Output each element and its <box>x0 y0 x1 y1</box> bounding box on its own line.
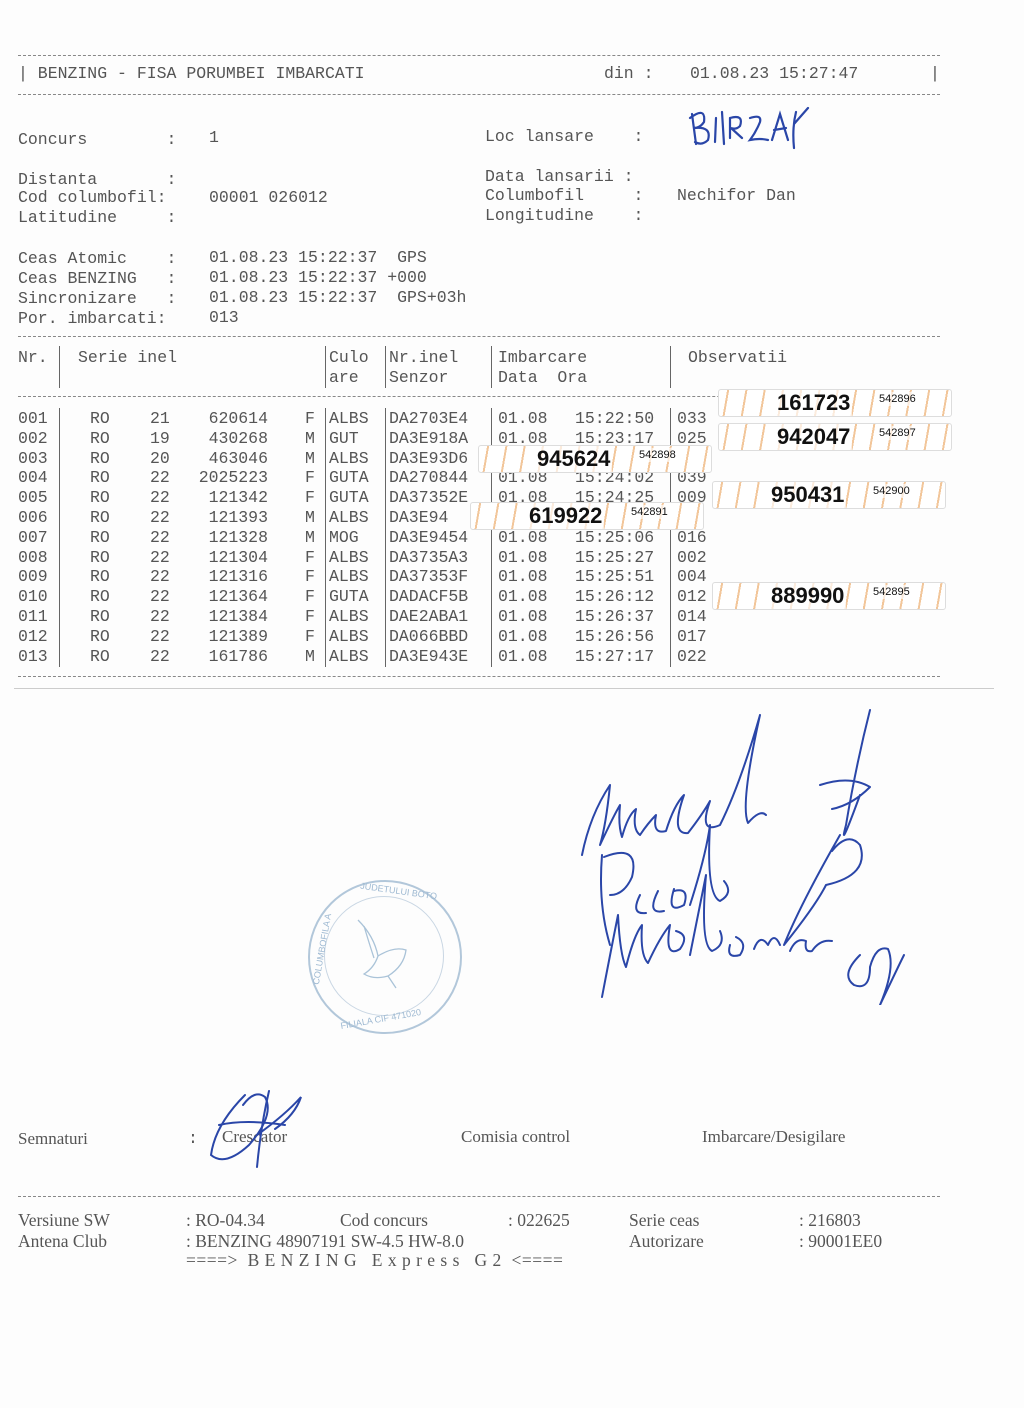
cell-color: ALBS <box>329 647 369 667</box>
cell-color: GUT <box>329 429 359 449</box>
cod-columbofil-value: 00001 026012 <box>209 188 328 208</box>
cell-year: 21 <box>150 409 170 429</box>
col-header-nr: Nr. <box>18 348 48 368</box>
por-imbarcati-label: Por. imbarcati: <box>18 309 167 329</box>
col-separator <box>385 606 386 627</box>
cell-date: 01.08 <box>498 548 548 568</box>
cell-sex: F <box>305 587 315 607</box>
col-separator <box>385 408 386 429</box>
table-row: 013RO22161786MALBSDA3E943E01.0815:27:170… <box>0 647 1000 667</box>
cell-country: RO <box>90 488 110 508</box>
seal-number: 889990 <box>769 583 846 609</box>
cell-time: 15:26:12 <box>575 587 654 607</box>
cell-country: RO <box>90 607 110 627</box>
col-header-imbarcare-1: Imbarcare <box>498 348 587 368</box>
table-row: 012RO22121389FALBSDA066BBD01.0815:26:560… <box>0 627 1000 647</box>
club-stamp: JUDETULUI BOTO COLUMBOFILA A FILIALA CIF… <box>308 880 462 1034</box>
data-lansarii-label: Data lansarii : <box>485 167 634 187</box>
col-separator <box>670 646 671 667</box>
cell-ring: 161786 <box>209 647 268 667</box>
cell-date: 01.08 <box>498 587 548 607</box>
col-separator <box>385 547 386 568</box>
header-top-divider <box>18 55 940 56</box>
header-col-sep <box>491 346 492 388</box>
cell-observatii: 014 <box>677 607 707 627</box>
cell-time: 15:26:56 <box>575 627 654 647</box>
cell-sensor: DA37353F <box>389 567 468 587</box>
cell-sex: F <box>305 627 315 647</box>
col-separator <box>385 566 386 587</box>
cell-ring: 121304 <box>209 548 268 568</box>
col-separator <box>670 606 671 627</box>
sincronizare-value: 01.08.23 15:22:37 GPS+03h <box>209 288 466 308</box>
cell-nr: 008 <box>18 548 48 568</box>
cell-ring: 121389 <box>209 627 268 647</box>
versiune-sw-value: : RO-04.34 <box>186 1210 265 1230</box>
cell-country: RO <box>90 508 110 528</box>
cell-year: 22 <box>150 528 170 548</box>
cell-observatii: 033 <box>677 409 707 429</box>
cell-sex: F <box>305 548 315 568</box>
table-bottom-divider <box>18 676 940 677</box>
cell-sensor: DA2703E4 <box>389 409 468 429</box>
antena-club-label: Antena Club <box>18 1231 107 1251</box>
cell-sensor: DA270844 <box>389 468 468 488</box>
cell-color: MOG <box>329 528 359 548</box>
seal-serial: 542897 <box>879 426 916 440</box>
seal-number: 619922 <box>527 503 604 529</box>
col-header-observatii: Observatii <box>688 348 787 368</box>
col-separator <box>670 586 671 607</box>
cell-sensor: DADACF5B <box>389 587 468 607</box>
cell-color: ALBS <box>329 567 369 587</box>
cell-year: 22 <box>150 647 170 667</box>
cell-sex: M <box>305 508 315 528</box>
cell-year: 20 <box>150 449 170 469</box>
cell-observatii: 002 <box>677 548 707 568</box>
cell-color: GUTA <box>329 488 369 508</box>
cell-color: ALBS <box>329 508 369 528</box>
col-separator <box>670 626 671 647</box>
col-header-nr-inel-1: Nr.inel <box>389 348 458 368</box>
cell-observatii: 022 <box>677 647 707 667</box>
col-separator <box>325 646 326 667</box>
table-row: 007RO22121328MMOGDA3E945401.0815:25:0601… <box>0 528 1000 548</box>
cell-color: ALBS <box>329 627 369 647</box>
serie-ceas-value: : 216803 <box>799 1210 861 1230</box>
table-top-divider <box>18 336 940 337</box>
col-separator <box>325 428 326 449</box>
seal-number: 161723 <box>775 390 852 416</box>
cell-nr: 007 <box>18 528 48 548</box>
loc-lansare-label: Loc lansare : <box>485 127 643 147</box>
table-row: 008RO22121304FALBSDA3735A301.0815:25:270… <box>0 548 1000 568</box>
print-date-label: din : <box>604 64 654 84</box>
cell-ring: 121328 <box>209 528 268 548</box>
cell-sex: M <box>305 449 315 469</box>
cell-ring: 121384 <box>209 607 268 627</box>
cell-year: 22 <box>150 627 170 647</box>
semnaturi-label: Semnaturi <box>18 1129 88 1149</box>
cell-time: 15:25:51 <box>575 567 654 587</box>
imbarcare-desigilare-label: Imbarcare/Desigilare <box>702 1127 845 1147</box>
cell-nr: 001 <box>18 409 48 429</box>
cell-nr: 013 <box>18 647 48 667</box>
cell-year: 22 <box>150 548 170 568</box>
ceas-atomic-label: Ceas Atomic : <box>18 249 176 269</box>
cell-sensor: DAE2ABA1 <box>389 607 468 627</box>
col-header-culoare-2: are <box>329 368 359 388</box>
cell-color: GUTA <box>329 587 369 607</box>
col-separator <box>59 428 60 449</box>
cell-color: ALBS <box>329 548 369 568</box>
col-separator <box>385 487 386 508</box>
cell-ring: 430268 <box>209 429 268 449</box>
col-separator <box>325 547 326 568</box>
col-separator <box>59 507 60 528</box>
header-right-bar: | <box>930 64 940 84</box>
cell-country: RO <box>90 647 110 667</box>
cell-sex: F <box>305 567 315 587</box>
col-separator <box>491 566 492 587</box>
latitudine-label: Latitudine : <box>18 208 176 228</box>
seal-serial: 542895 <box>873 585 910 599</box>
concurs-value: 1 <box>209 128 219 148</box>
cell-year: 22 <box>150 508 170 528</box>
ceas-atomic-value: 01.08.23 15:22:37 GPS <box>209 248 427 268</box>
cell-country: RO <box>90 567 110 587</box>
col-separator <box>325 487 326 508</box>
cell-sensor: DA066BBD <box>389 627 468 647</box>
pigeon-icon <box>344 916 424 996</box>
por-imbarcati-value: 013 <box>209 308 239 328</box>
col-separator <box>385 586 386 607</box>
document-title: | BENZING - FISA PORUMBEI IMBARCATI <box>18 64 365 84</box>
print-date-value: 01.08.23 15:27:47 <box>690 64 858 84</box>
cell-nr: 003 <box>18 449 48 469</box>
cell-ring: 121393 <box>209 508 268 528</box>
cell-color: ALBS <box>329 409 369 429</box>
cell-nr: 004 <box>18 468 48 488</box>
loc-lansare-handwritten <box>686 104 826 159</box>
cell-country: RO <box>90 627 110 647</box>
cell-nr: 005 <box>18 488 48 508</box>
footer-divider <box>18 1196 940 1197</box>
col-separator <box>325 507 326 528</box>
columbofil-label: Columbofil : <box>485 186 643 206</box>
cell-sex: F <box>305 607 315 627</box>
col-separator <box>59 527 60 548</box>
sincronizare-label: Sincronizare : <box>18 289 176 309</box>
col-separator <box>59 626 60 647</box>
col-separator <box>325 626 326 647</box>
cell-country: RO <box>90 548 110 568</box>
col-separator <box>325 586 326 607</box>
cell-sex: F <box>305 488 315 508</box>
cell-sensor: DA3E918A <box>389 429 468 449</box>
cell-sensor: DA3E94 <box>389 508 448 528</box>
header-col-sep <box>325 346 326 388</box>
header-col-sep <box>670 346 671 388</box>
cell-time: 15:25:06 <box>575 528 654 548</box>
col-separator <box>59 547 60 568</box>
cell-sensor: DA3E943E <box>389 647 468 667</box>
col-separator <box>670 566 671 587</box>
col-separator <box>59 487 60 508</box>
cell-year: 22 <box>150 567 170 587</box>
cod-concurs-label: Cod concurs <box>340 1210 428 1230</box>
seal-sticker: 950431542900 <box>712 481 946 509</box>
benzing-express-brand-line: ====> B E N Z I N G E x p r e s s G 2 <=… <box>186 1250 563 1270</box>
cell-ring: 620614 <box>209 409 268 429</box>
col-separator <box>491 547 492 568</box>
cell-color: ALBS <box>329 449 369 469</box>
cell-ring: 2025223 <box>199 468 268 488</box>
col-separator <box>59 467 60 488</box>
col-separator <box>385 428 386 449</box>
cell-sex: M <box>305 647 315 667</box>
cell-nr: 011 <box>18 607 48 627</box>
cell-year: 19 <box>150 429 170 449</box>
col-separator <box>491 606 492 627</box>
comisia-control-label: Comisia control <box>461 1127 570 1147</box>
cell-nr: 002 <box>18 429 48 449</box>
cell-country: RO <box>90 468 110 488</box>
header-col-sep <box>385 346 386 388</box>
cell-country: RO <box>90 587 110 607</box>
autorizare-value: : 90001EE0 <box>799 1231 882 1251</box>
cell-date: 01.08 <box>498 528 548 548</box>
col-separator <box>59 566 60 587</box>
cell-ring: 121364 <box>209 587 268 607</box>
ceas-benzing-label: Ceas BENZING : <box>18 269 176 289</box>
cell-year: 22 <box>150 587 170 607</box>
autorizare-label: Autorizare <box>629 1231 704 1251</box>
seal-serial: 542900 <box>873 484 910 498</box>
col-separator <box>385 646 386 667</box>
col-separator <box>385 527 386 548</box>
col-separator <box>59 408 60 429</box>
seal-sticker: 619922542891 <box>470 502 704 530</box>
col-separator <box>491 626 492 647</box>
cell-sensor: DA3735A3 <box>389 548 468 568</box>
cell-sex: M <box>305 528 315 548</box>
cell-time: 15:27:17 <box>575 647 654 667</box>
seal-serial: 542896 <box>879 392 916 406</box>
cell-sex: M <box>305 429 315 449</box>
seal-serial: 542891 <box>631 505 668 519</box>
cell-sex: F <box>305 409 315 429</box>
longitudine-label: Longitudine : <box>485 206 643 226</box>
cell-observatii: 012 <box>677 587 707 607</box>
col-separator <box>385 448 386 469</box>
col-header-nr-inel-2: Senzor <box>389 368 448 388</box>
col-separator <box>670 408 671 429</box>
seal-sticker: 945624542898 <box>478 445 712 473</box>
ceas-benzing-value: 01.08.23 15:22:37 +000 <box>209 268 427 288</box>
col-separator <box>491 408 492 429</box>
cell-observatii: 017 <box>677 627 707 647</box>
cell-ring: 121342 <box>209 488 268 508</box>
col-separator <box>385 626 386 647</box>
cell-country: RO <box>90 449 110 469</box>
cell-country: RO <box>90 429 110 449</box>
cell-sensor: DA3E9454 <box>389 528 468 548</box>
seal-number: 942047 <box>775 424 852 450</box>
cell-observatii: 016 <box>677 528 707 548</box>
col-separator <box>325 467 326 488</box>
columbofil-value: Nechifor Dan <box>677 186 796 206</box>
col-separator <box>59 586 60 607</box>
col-separator <box>670 547 671 568</box>
cell-nr: 006 <box>18 508 48 528</box>
cell-time: 15:25:27 <box>575 548 654 568</box>
cell-date: 01.08 <box>498 567 548 587</box>
cell-time: 15:22:50 <box>575 409 654 429</box>
col-separator <box>491 646 492 667</box>
cell-date: 01.08 <box>498 607 548 627</box>
cod-concurs-value: : 022625 <box>508 1210 570 1230</box>
cell-color: ALBS <box>329 607 369 627</box>
paper-fold-line <box>14 688 994 689</box>
seal-sticker: 942047542897 <box>718 423 952 451</box>
seal-serial: 542898 <box>639 448 676 462</box>
cell-observatii: 004 <box>677 567 707 587</box>
cell-sensor: DA37352E <box>389 488 468 508</box>
col-separator <box>385 507 386 528</box>
cell-year: 22 <box>150 607 170 627</box>
col-separator <box>59 606 60 627</box>
table-row: 011RO22121384FALBSDAE2ABA101.0815:26:370… <box>0 607 1000 627</box>
header-col-sep <box>59 346 60 388</box>
serie-ceas-label: Serie ceas <box>629 1210 699 1230</box>
col-separator <box>491 586 492 607</box>
col-header-serie-inel: Serie inel <box>78 348 177 368</box>
cell-sensor: DA3E93D6 <box>389 449 468 469</box>
cell-nr: 010 <box>18 587 48 607</box>
cell-time: 15:26:37 <box>575 607 654 627</box>
col-separator <box>385 467 386 488</box>
cell-date: 01.08 <box>498 409 548 429</box>
cod-columbofil-label: Cod columbofil: <box>18 188 167 208</box>
cell-color: GUTA <box>329 468 369 488</box>
header-bottom-divider <box>18 94 940 95</box>
col-separator <box>325 448 326 469</box>
col-separator <box>59 646 60 667</box>
cell-country: RO <box>90 409 110 429</box>
breeder-signature <box>205 1085 315 1180</box>
seal-sticker: 161723542896 <box>718 389 952 417</box>
committee-signatures <box>570 705 910 1010</box>
col-separator <box>325 408 326 429</box>
semnaturi-colon: : <box>188 1129 198 1149</box>
col-header-imbarcare-2: Data Ora <box>498 368 587 388</box>
distanta-label: Distanta : <box>18 170 176 190</box>
col-separator <box>325 566 326 587</box>
concurs-label: Concurs : <box>18 130 176 150</box>
seal-number: 945624 <box>535 446 612 472</box>
col-separator <box>325 606 326 627</box>
seal-sticker: 889990542895 <box>712 582 946 610</box>
cell-year: 22 <box>150 468 170 488</box>
cell-nr: 009 <box>18 567 48 587</box>
antena-club-value: : BENZING 48907191 SW-4.5 HW-8.0 <box>186 1231 464 1251</box>
col-separator <box>325 527 326 548</box>
col-separator <box>59 448 60 469</box>
cell-nr: 012 <box>18 627 48 647</box>
cell-ring: 463046 <box>209 449 268 469</box>
seal-number: 950431 <box>769 482 846 508</box>
cell-year: 22 <box>150 488 170 508</box>
versiune-sw-label: Versiune SW <box>18 1210 110 1230</box>
cell-country: RO <box>90 528 110 548</box>
cell-sex: F <box>305 468 315 488</box>
cell-ring: 121316 <box>209 567 268 587</box>
cell-date: 01.08 <box>498 627 548 647</box>
cell-date: 01.08 <box>498 647 548 667</box>
col-header-culoare-1: Culo <box>329 348 369 368</box>
